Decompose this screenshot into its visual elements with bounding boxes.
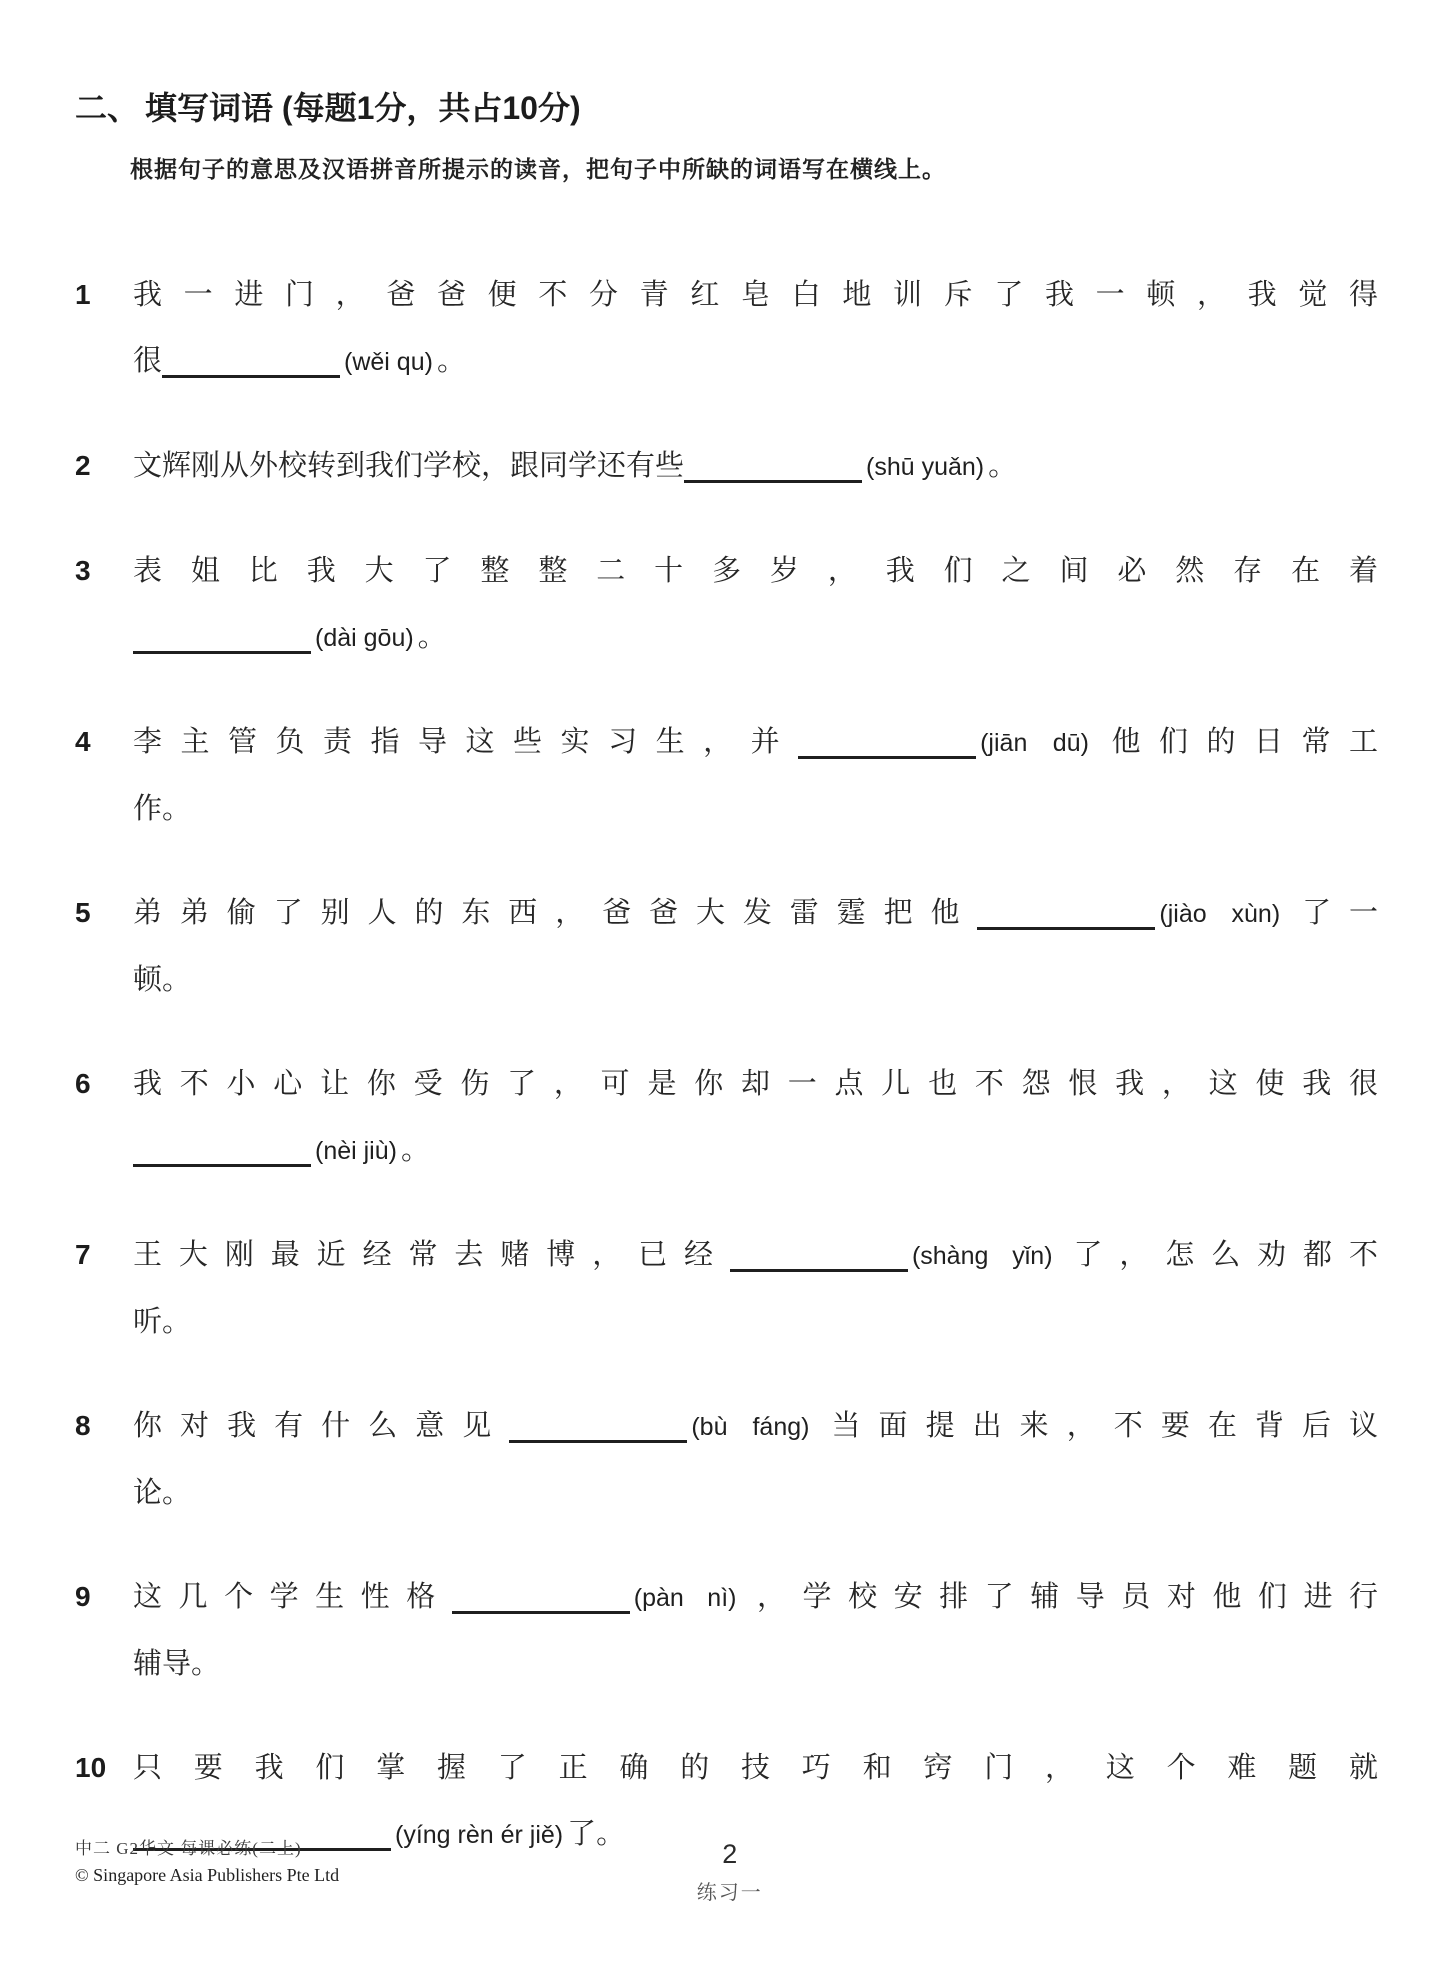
section-title: 二、填写词语 (每题1分，共占10分) [75, 88, 1378, 128]
question-text: 表姐比我大了整整二十多岁，我们之间必然存在着 [133, 555, 1378, 587]
question-text: 了。 [567, 1818, 625, 1850]
question-text: 很 [133, 345, 162, 377]
question-row: 8你对我有什么意见(bù fáng)当面提出来，不要在背后议论。 [75, 1393, 1378, 1526]
question-number: 5 [75, 880, 133, 1013]
question-text: 弟弟偷了别人的东西，爸爸大发雷霆把他 [133, 897, 977, 929]
question-number: 7 [75, 1222, 133, 1355]
question-line: 听。 [133, 1289, 1378, 1355]
answer-blank [162, 346, 340, 378]
question-line: 这几个学生性格(pàn nì)，学校安排了辅导员对他们进行 [133, 1564, 1378, 1631]
question-line: (dài gōu)。 [133, 604, 1378, 671]
section-header: 二、填写词语 (每题1分，共占10分) 根据句子的意思及汉语拼音所提示的读音，把… [75, 88, 1378, 184]
question-body: 这几个学生性格(pàn nì)，学校安排了辅导员对他们进行辅导。 [133, 1564, 1378, 1697]
question-line: 你对我有什么意见(bù fáng)当面提出来，不要在背后议 [133, 1393, 1378, 1460]
question-text: 。 [418, 621, 447, 653]
question-list: 1我一进门，爸爸便不分青红皂白地训斥了我一顿，我觉得很(wěi qu)。2文辉刚… [75, 262, 1378, 1868]
question-text: 我不小心让你受伤了，可是你却一点儿也不怨恨我，这使我很 [133, 1068, 1378, 1100]
question-text: 只要我们掌握了正确的技巧和窍门，这个难题就 [133, 1752, 1378, 1784]
question-text: 。 [437, 345, 466, 377]
answer-blank [509, 1411, 687, 1443]
question-number: 1 [75, 262, 133, 395]
question-body: 表姐比我大了整整二十多岁，我们之间必然存在着(dài gōu)。 [133, 538, 1378, 671]
question-text: 他们的日常工 [1093, 726, 1378, 758]
question-text: 顿。 [133, 964, 191, 996]
question-text: 。 [988, 450, 1017, 482]
pinyin-hint: (jiān dū) [976, 729, 1093, 757]
question-body: 我不小心让你受伤了，可是你却一点儿也不怨恨我，这使我很(nèi jiù)。 [133, 1051, 1378, 1184]
question-row: 5弟弟偷了别人的东西，爸爸大发雷霆把他(jiào xùn)了一顿。 [75, 880, 1378, 1013]
copyright-text: © Singapore Asia Publishers Pte Ltd [75, 1862, 339, 1888]
pinyin-hint: (shū yuǎn) [862, 453, 988, 481]
pinyin-hint: (bù fáng) [687, 1413, 813, 1441]
question-line: 顿。 [133, 947, 1378, 1013]
footer-center-block: 2 练习一 [697, 1840, 763, 1905]
question-text: 辅导。 [133, 1648, 220, 1680]
answer-blank [730, 1240, 908, 1272]
question-number: 4 [75, 709, 133, 842]
pinyin-hint: (wěi qu) [340, 348, 437, 376]
page-number: 2 [697, 1840, 763, 1868]
instruction-text: 根据句子的意思及汉语拼音所提示的读音，把句子中所缺的词语写在横线上。 [130, 154, 1378, 184]
question-text: 我一进门，爸爸便不分青红皂白地训斥了我一顿，我觉得 [133, 279, 1378, 311]
pinyin-hint: (nèi jiù) [311, 1137, 401, 1165]
answer-blank [452, 1582, 630, 1614]
question-text: 论。 [133, 1477, 191, 1509]
question-number: 9 [75, 1564, 133, 1697]
question-line: 李主管负责指导这些实习生，并(jiān dū)他们的日常工 [133, 709, 1378, 776]
question-row: 1我一进门，爸爸便不分青红皂白地训斥了我一顿，我觉得很(wěi qu)。 [75, 262, 1378, 395]
question-body: 你对我有什么意见(bù fáng)当面提出来，不要在背后议论。 [133, 1393, 1378, 1526]
question-text: 你对我有什么意见 [133, 1410, 509, 1442]
question-text: 作。 [133, 793, 191, 825]
question-line: 弟弟偷了别人的东西，爸爸大发雷霆把他(jiào xùn)了一 [133, 880, 1378, 947]
book-edition-text: 中二 G2华文 每课必练(二上) [75, 1836, 339, 1862]
question-text: 这几个学生性格 [133, 1581, 452, 1613]
question-line: 作。 [133, 776, 1378, 842]
question-line: 文辉刚从外校转到我们学校，跟同学还有些(shū yuǎn)。 [133, 433, 1378, 500]
question-number: 6 [75, 1051, 133, 1184]
pinyin-hint: (yíng rèn ér jiě) [391, 1821, 567, 1849]
question-number: 8 [75, 1393, 133, 1526]
worksheet-page: 二、填写词语 (每题1分，共占10分) 根据句子的意思及汉语拼音所提示的读音，把… [0, 0, 1445, 1976]
question-text: 听。 [133, 1306, 191, 1338]
question-body: 王大刚最近经常去赌博，已经(shàng yǐn)了，怎么劝都不听。 [133, 1222, 1378, 1355]
answer-blank [684, 451, 862, 483]
pinyin-hint: (shàng yǐn) [908, 1242, 1057, 1270]
question-number: 2 [75, 433, 133, 500]
answer-blank [133, 622, 311, 654]
question-line: 表姐比我大了整整二十多岁，我们之间必然存在着 [133, 538, 1378, 604]
question-number: 3 [75, 538, 133, 671]
question-text: 。 [401, 1134, 430, 1166]
question-line: 我不小心让你受伤了，可是你却一点儿也不怨恨我，这使我很 [133, 1051, 1378, 1117]
question-row: 7王大刚最近经常去赌博，已经(shàng yǐn)了，怎么劝都不听。 [75, 1222, 1378, 1355]
question-row: 3表姐比我大了整整二十多岁，我们之间必然存在着(dài gōu)。 [75, 538, 1378, 671]
question-body: 弟弟偷了别人的东西，爸爸大发雷霆把他(jiào xùn)了一顿。 [133, 880, 1378, 1013]
question-line: 王大刚最近经常去赌博，已经(shàng yǐn)了，怎么劝都不 [133, 1222, 1378, 1289]
question-text: ，学校安排了辅导员对他们进行 [740, 1581, 1378, 1613]
answer-blank [133, 1135, 311, 1167]
answer-blank [798, 727, 976, 759]
question-body: 文辉刚从外校转到我们学校，跟同学还有些(shū yuǎn)。 [133, 433, 1378, 500]
pinyin-hint: (pàn nì) [630, 1584, 741, 1612]
question-line: 很(wěi qu)。 [133, 328, 1378, 395]
question-text: 了，怎么劝都不 [1057, 1239, 1378, 1271]
question-body: 我一进门，爸爸便不分青红皂白地训斥了我一顿，我觉得很(wěi qu)。 [133, 262, 1378, 395]
question-line: 只要我们掌握了正确的技巧和窍门，这个难题就 [133, 1735, 1378, 1801]
pinyin-hint: (dài gōu) [311, 624, 418, 652]
question-text: 王大刚最近经常去赌博，已经 [133, 1239, 730, 1271]
question-row: 6我不小心让你受伤了，可是你却一点儿也不怨恨我，这使我很(nèi jiù)。 [75, 1051, 1378, 1184]
question-text: 了一 [1284, 897, 1378, 929]
question-line: 论。 [133, 1460, 1378, 1526]
exercise-label: 练习一 [697, 1876, 763, 1905]
question-row: 9这几个学生性格(pàn nì)，学校安排了辅导员对他们进行辅导。 [75, 1564, 1378, 1697]
question-text: 李主管负责指导这些实习生，并 [133, 726, 798, 758]
question-text: 文辉刚从外校转到我们学校，跟同学还有些 [133, 450, 684, 482]
question-row: 2文辉刚从外校转到我们学校，跟同学还有些(shū yuǎn)。 [75, 433, 1378, 500]
pinyin-hint: (jiào xùn) [1155, 900, 1284, 928]
question-line: 辅导。 [133, 1631, 1378, 1697]
question-line: 我一进门，爸爸便不分青红皂白地训斥了我一顿，我觉得 [133, 262, 1378, 328]
section-number-label: 二、 [75, 90, 139, 126]
question-body: 李主管负责指导这些实习生，并(jiān dū)他们的日常工作。 [133, 709, 1378, 842]
section-title-text: 填写词语 (每题1分，共占10分) [145, 90, 581, 126]
answer-blank [977, 898, 1155, 930]
question-line: (nèi jiù)。 [133, 1117, 1378, 1184]
question-row: 4李主管负责指导这些实习生，并(jiān dū)他们的日常工作。 [75, 709, 1378, 842]
question-text: 当面提出来，不要在背后议 [813, 1410, 1378, 1442]
footer-left-block: 中二 G2华文 每课必练(二上) © Singapore Asia Publis… [75, 1836, 339, 1888]
